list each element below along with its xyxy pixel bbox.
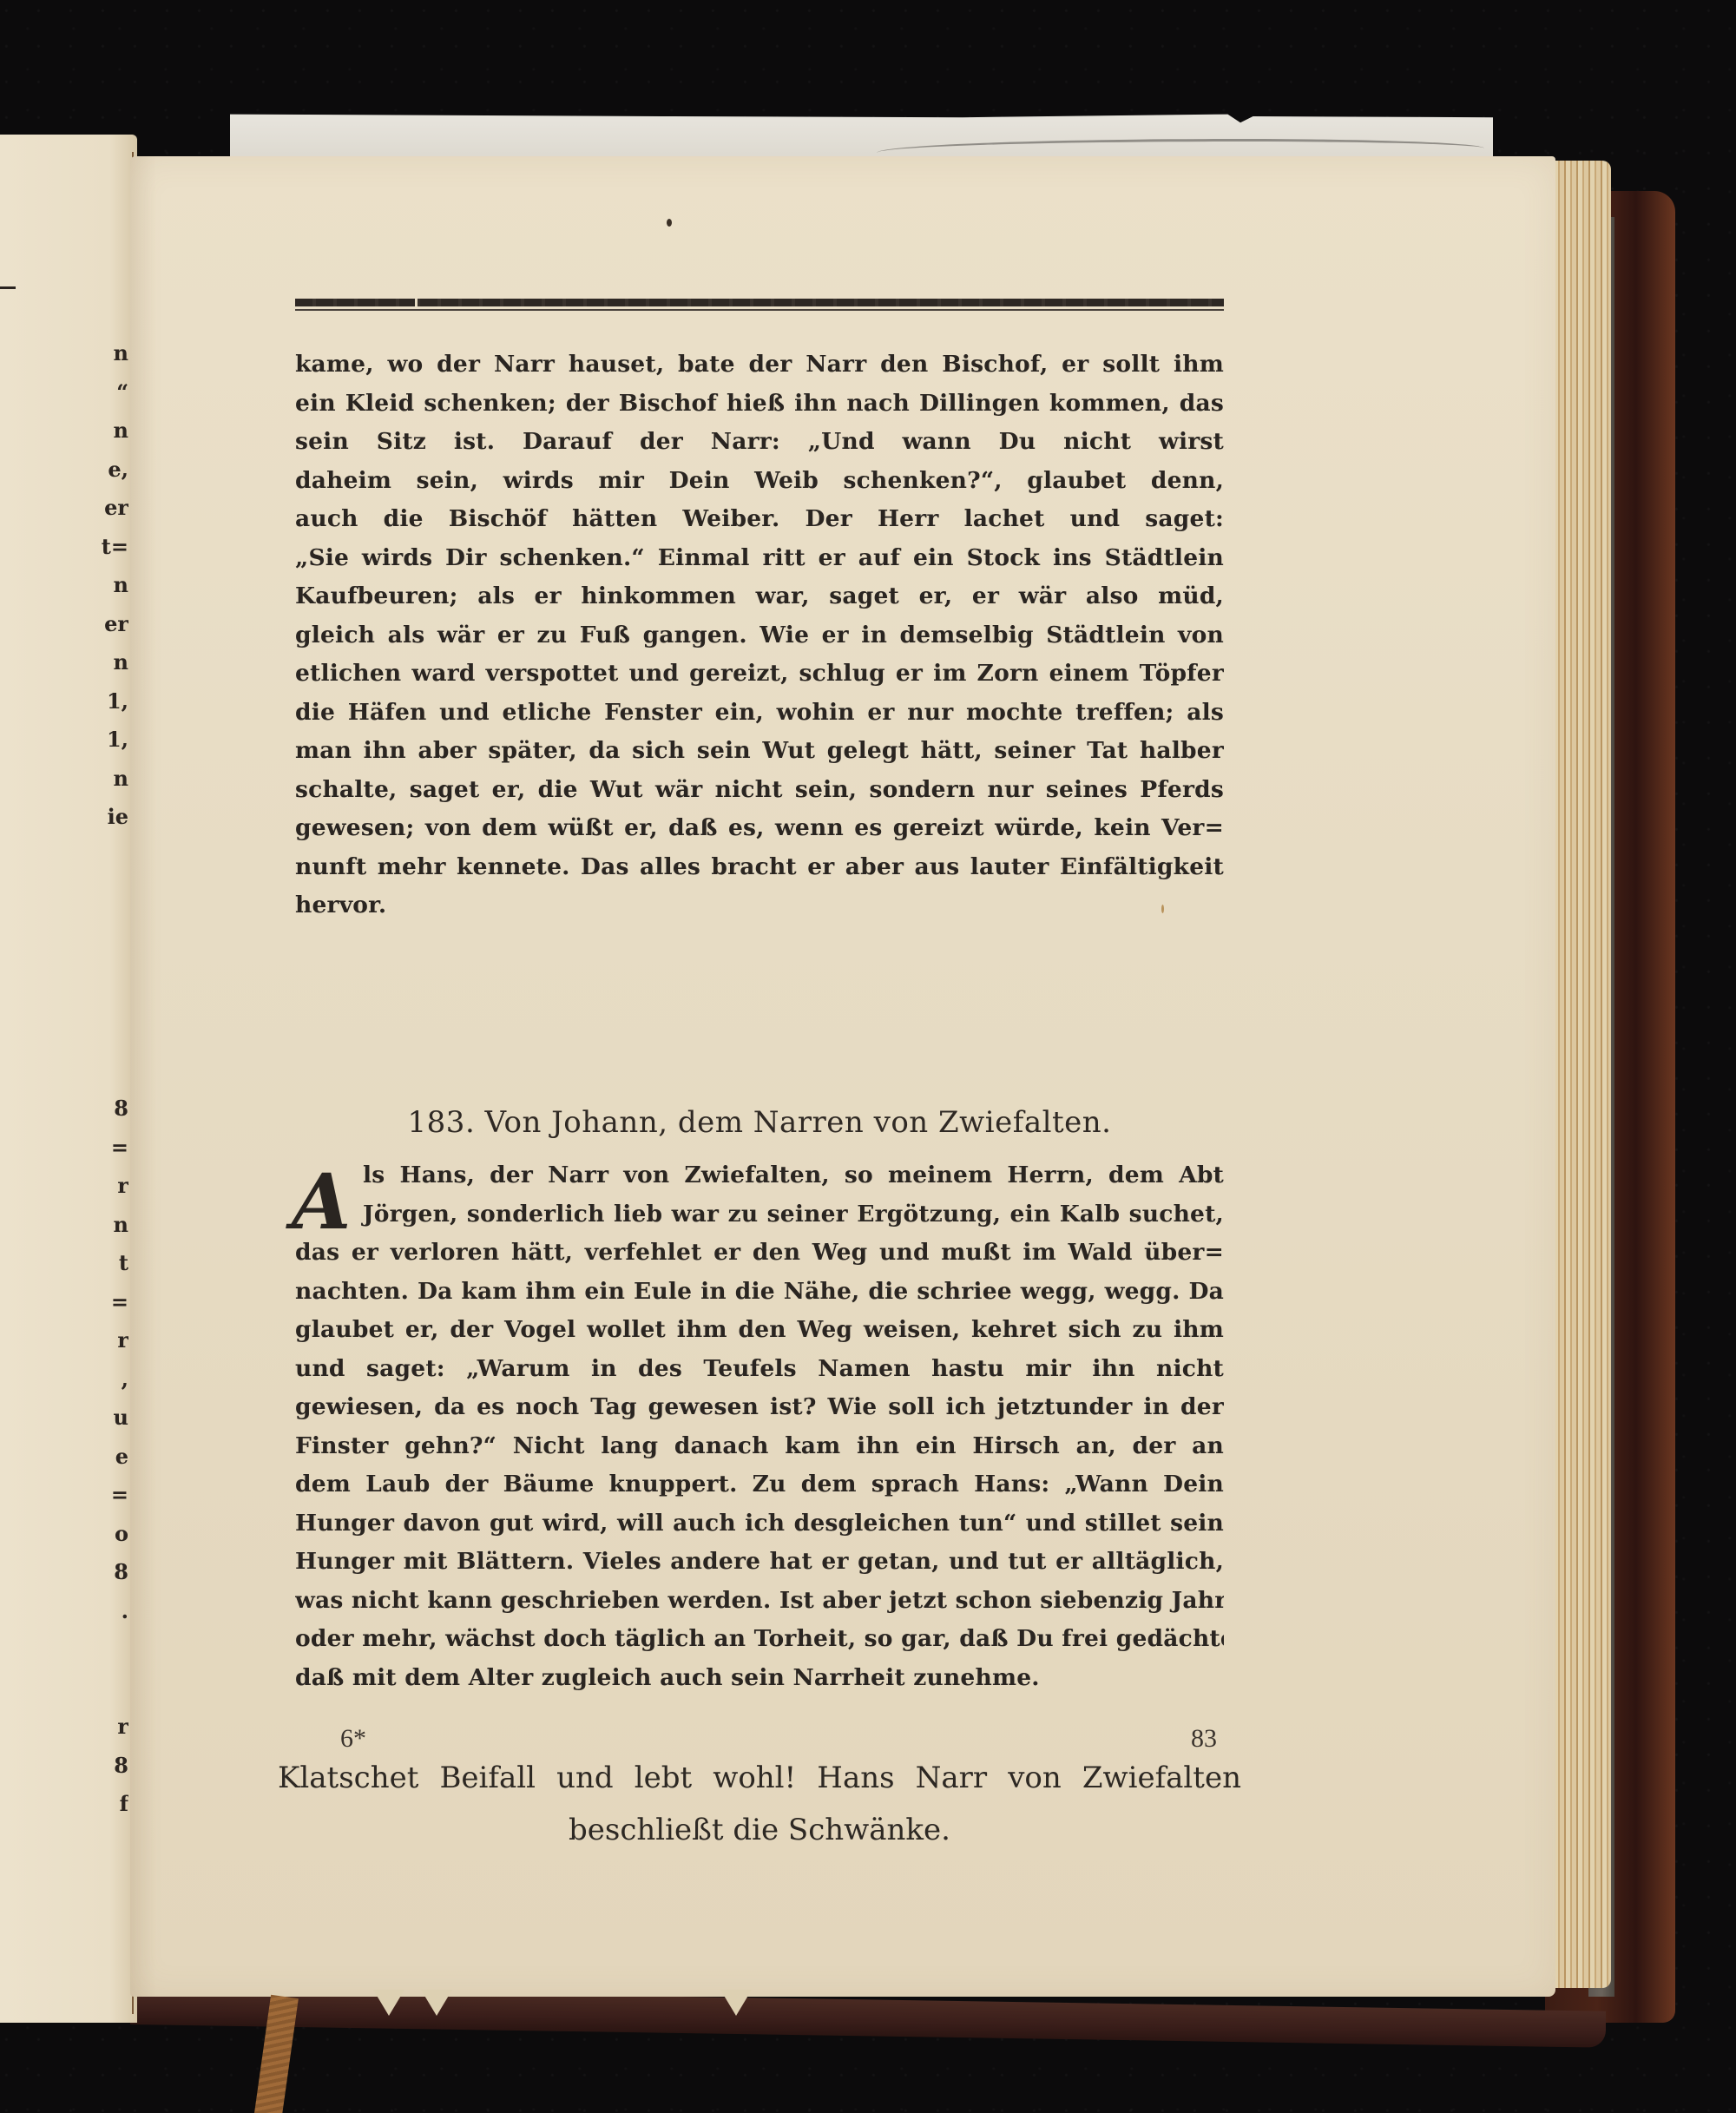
left-fragment: u: [94, 1399, 128, 1438]
header-rule-thick: [295, 299, 1224, 306]
left-page-line-endings-lower: 8 = r n t = r , u e = o 8 . r 8 f: [94, 1089, 128, 1824]
text-line: schalte, saget er, die Wut wär nicht sei…: [295, 771, 1224, 810]
left-fragment: [94, 1630, 128, 1669]
left-fragment: t=: [94, 528, 128, 567]
left-fragment: r: [94, 1708, 128, 1747]
text-line: oder mehr, wächst doch täglich an Torhei…: [295, 1620, 1224, 1659]
text-line: dem Laub der Bäume knuppert. Zu dem spra…: [295, 1465, 1224, 1504]
left-fragment: n: [94, 566, 128, 605]
text-line: Finster gehn?“ Nicht lang danach kam ihn…: [295, 1427, 1224, 1466]
text-line: glaubet er, der Vogel wollet ihm den Weg…: [295, 1311, 1224, 1350]
left-fragment: =: [94, 1283, 128, 1322]
left-fragment: n: [94, 334, 128, 373]
text-line: gewiesen, da es noch Tag gewesen ist? Wi…: [295, 1388, 1224, 1427]
left-fragment: er: [94, 489, 128, 528]
left-fragment: e: [94, 1438, 128, 1477]
text-line: die Häfen und etliche Fenster ein, wohin…: [295, 694, 1224, 733]
text-line: „Sie wirds Dir schenken.“ Einmal ritt er…: [295, 539, 1224, 578]
left-fragment: e,: [94, 451, 128, 490]
text-line: gleich als wär er zu Fuß gangen. Wie er …: [295, 616, 1224, 655]
left-fragment: n: [94, 411, 128, 451]
header-rule-break: [415, 299, 418, 306]
text-line: nachten. Da kam ihm ein Eule in die Nähe…: [295, 1273, 1224, 1312]
text-line: ein Kleid schenken; der Bischof hieß ihn…: [295, 385, 1224, 424]
left-fragment: .: [94, 1592, 128, 1631]
text-line: und saget: „Warum in des Teufels Namen h…: [295, 1350, 1224, 1389]
text-line: man ihn aber später, da sich sein Wut ge…: [295, 732, 1224, 771]
torn-page-fragment: [720, 1990, 752, 2016]
left-fragment: =: [94, 1476, 128, 1515]
left-page: n “ n e, er t= n er n 1, 1, n ie 8 = r n…: [0, 135, 137, 2023]
signature-mark: 6*: [340, 1724, 366, 1754]
torn-page-fragment: [421, 1990, 452, 2016]
left-fragment: 8: [94, 1747, 128, 1786]
text-line: hervor.: [295, 886, 1224, 925]
left-fragment: f: [94, 1785, 128, 1824]
left-fragment: t: [94, 1244, 128, 1283]
text-line: Hunger mit Blättern. Vieles andere hat e…: [295, 1543, 1224, 1582]
left-fragment: 1,: [94, 682, 128, 721]
right-page: kame, wo der Narr hauset, bate der Narr …: [130, 156, 1555, 1997]
left-fragment: 8: [94, 1089, 128, 1129]
paragraph-183: ls Hans, der Narr von Zwiefalten, so mei…: [295, 1156, 1224, 1697]
text-line: Jörgen, sonderlich lieb war zu seiner Er…: [295, 1195, 1224, 1234]
text-line: gewesen; von dem wüßt er, daß es, wenn e…: [295, 809, 1224, 848]
paragraph-continued: kame, wo der Narr hauset, bate der Narr …: [295, 346, 1224, 925]
left-fragment: er: [94, 605, 128, 644]
text-line: etlichen ward verspottet und gereizt, sc…: [295, 655, 1224, 694]
page-number: 83: [1191, 1724, 1217, 1754]
left-fragment: ,: [94, 1360, 128, 1399]
left-fragment: n: [94, 1206, 128, 1245]
left-fragment: r: [94, 1167, 128, 1206]
left-fragment: =: [94, 1129, 128, 1168]
text-line: kame, wo der Narr hauset, bate der Narr …: [295, 346, 1224, 385]
text-line: Hunger davon gut wird, will auch ich des…: [295, 1504, 1224, 1544]
torn-page-fragment: [373, 1990, 404, 2016]
text-line: das er verloren hätt, verfehlet er den W…: [295, 1234, 1224, 1273]
header-rule-thin: [295, 309, 1224, 311]
left-page-line-endings-upper: n “ n e, er t= n er n 1, 1, n ie: [94, 334, 128, 837]
left-fragment: “: [94, 373, 128, 412]
text-line: daß mit dem Alter zugleich auch sein Nar…: [295, 1659, 1224, 1698]
left-fragment: [94, 1669, 128, 1708]
text-line: daheim sein, wirds mir Dein Weib schenke…: [295, 462, 1224, 501]
text-line: Kaufbeuren; als er hinkommen war, saget …: [295, 577, 1224, 616]
left-fragment: n: [94, 643, 128, 682]
text-line: nunft mehr kennete. Das alles bracht er …: [295, 848, 1224, 887]
text-line: auch die Bischöf hätten Weiber. Der Herr…: [295, 500, 1224, 539]
left-page-header-rule: [0, 286, 16, 289]
left-fragment: r: [94, 1321, 128, 1360]
paper-speck: [667, 219, 672, 227]
text-line: was nicht kann geschrieben werden. Ist a…: [295, 1582, 1224, 1621]
left-fragment: ie: [94, 798, 128, 837]
closing-statement: Klatschet Beifall und lebt wohl! Hans Na…: [278, 1752, 1241, 1856]
closing-line: Klatschet Beifall und lebt wohl! Hans Na…: [278, 1752, 1241, 1804]
left-fragment: n: [94, 760, 128, 799]
closing-line: beschließt die Schwänke.: [278, 1804, 1241, 1856]
text-line: sein Sitz ist. Darauf der Narr: „Und wan…: [295, 423, 1224, 462]
text-line: ls Hans, der Narr von Zwiefalten, so mei…: [295, 1156, 1224, 1195]
left-fragment: 1,: [94, 721, 128, 760]
left-fragment: o: [94, 1515, 128, 1554]
stacked-page-edges: [1554, 161, 1611, 1988]
left-fragment: 8: [94, 1553, 128, 1592]
section-heading: 183. Von Johann, dem Narren von Zwiefalt…: [295, 1105, 1224, 1140]
